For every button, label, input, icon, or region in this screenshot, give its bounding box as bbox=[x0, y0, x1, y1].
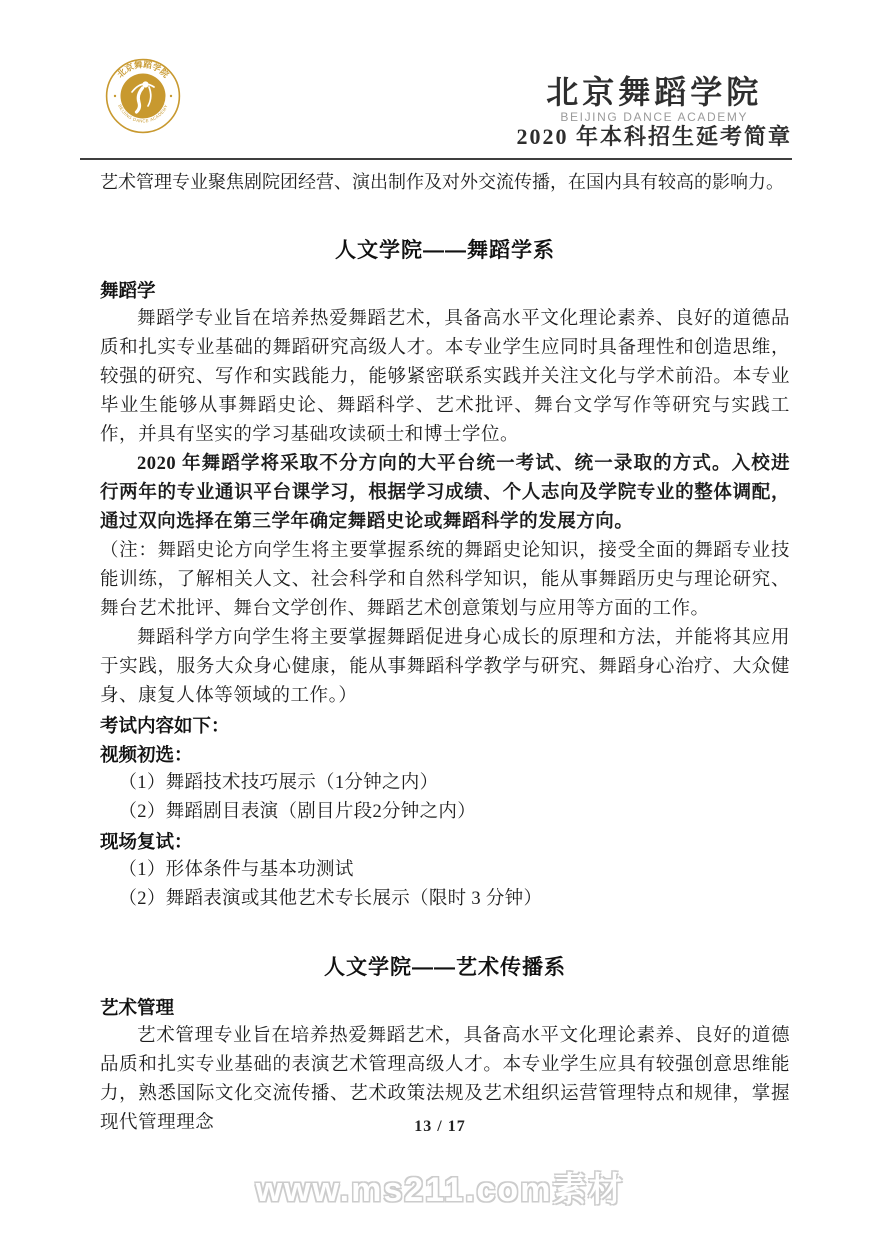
page-header: 北京舞蹈学院 BEIJING DANCE ACADEMY 北京舞蹈学院 BEIJ… bbox=[80, 0, 792, 160]
list-item: （2）舞蹈剧目表演（剧目片段2分钟之内） bbox=[100, 798, 790, 827]
list-item: （2）舞蹈表演或其他艺术专长展示（限时 3 分钟） bbox=[100, 885, 790, 914]
watermark: www.ms211.com素材 bbox=[0, 1162, 880, 1211]
brochure-subtitle: 2020 年本科招生延考简章 bbox=[516, 124, 792, 150]
onsite-retest-label: 现场复试： bbox=[100, 827, 790, 856]
note-paragraph-dance-science: 舞蹈科学方向学生将主要掌握舞蹈促进身心成长的原理和方法，并能将其应用于实践，服务… bbox=[100, 624, 790, 711]
note-paragraph-history-theory: （注：舞蹈史论方向学生将主要掌握系统的舞蹈史论知识，接受全面的舞蹈专业技能训练，… bbox=[100, 537, 790, 624]
academy-title-en: BEIJING DANCE ACADEMY bbox=[516, 110, 792, 124]
paragraph-2020-policy: 2020 年舞蹈学将采取不分方向的大平台统一考试、统一录取的方式。入校进行两年的… bbox=[100, 450, 790, 537]
beijing-dance-academy-seal-logo: 北京舞蹈学院 BEIJING DANCE ACADEMY bbox=[105, 58, 181, 134]
exam-content-label: 考试内容如下： bbox=[100, 711, 790, 740]
section-heading-dance-studies: 人文学院——舞蹈学系 bbox=[100, 237, 790, 264]
paragraph: 舞蹈学专业旨在培养热爱舞蹈艺术，具备高水平文化理论素养、良好的道德品质和扎实专业… bbox=[100, 305, 790, 450]
page-number: 13 / 17 bbox=[0, 1118, 880, 1136]
list-item: （1）形体条件与基本功测试 bbox=[100, 856, 790, 885]
major-title-dance-studies: 舞蹈学 bbox=[100, 276, 790, 305]
list-item: （1）舞蹈技术技巧展示（1分钟之内） bbox=[100, 769, 790, 798]
academy-title-cn: 北京舞蹈学院 bbox=[516, 74, 792, 110]
header-title-block: 北京舞蹈学院 BEIJING DANCE ACADEMY 2020 年本科招生延… bbox=[516, 74, 792, 150]
continuation-paragraph: 艺术管理专业聚焦剧院团经营、演出制作及对外交流传播，在国内具有较高的影响力。 bbox=[100, 168, 790, 197]
video-preselection-label: 视频初选： bbox=[100, 740, 790, 769]
document-body: 艺术管理专业聚焦剧院团经营、演出制作及对外交流传播，在国内具有较高的影响力。 人… bbox=[100, 168, 790, 1138]
major-title-art-management: 艺术管理 bbox=[100, 993, 790, 1022]
section-heading-art-communication: 人文学院——艺术传播系 bbox=[100, 954, 790, 981]
seal-icon: 北京舞蹈学院 BEIJING DANCE ACADEMY bbox=[105, 58, 181, 134]
